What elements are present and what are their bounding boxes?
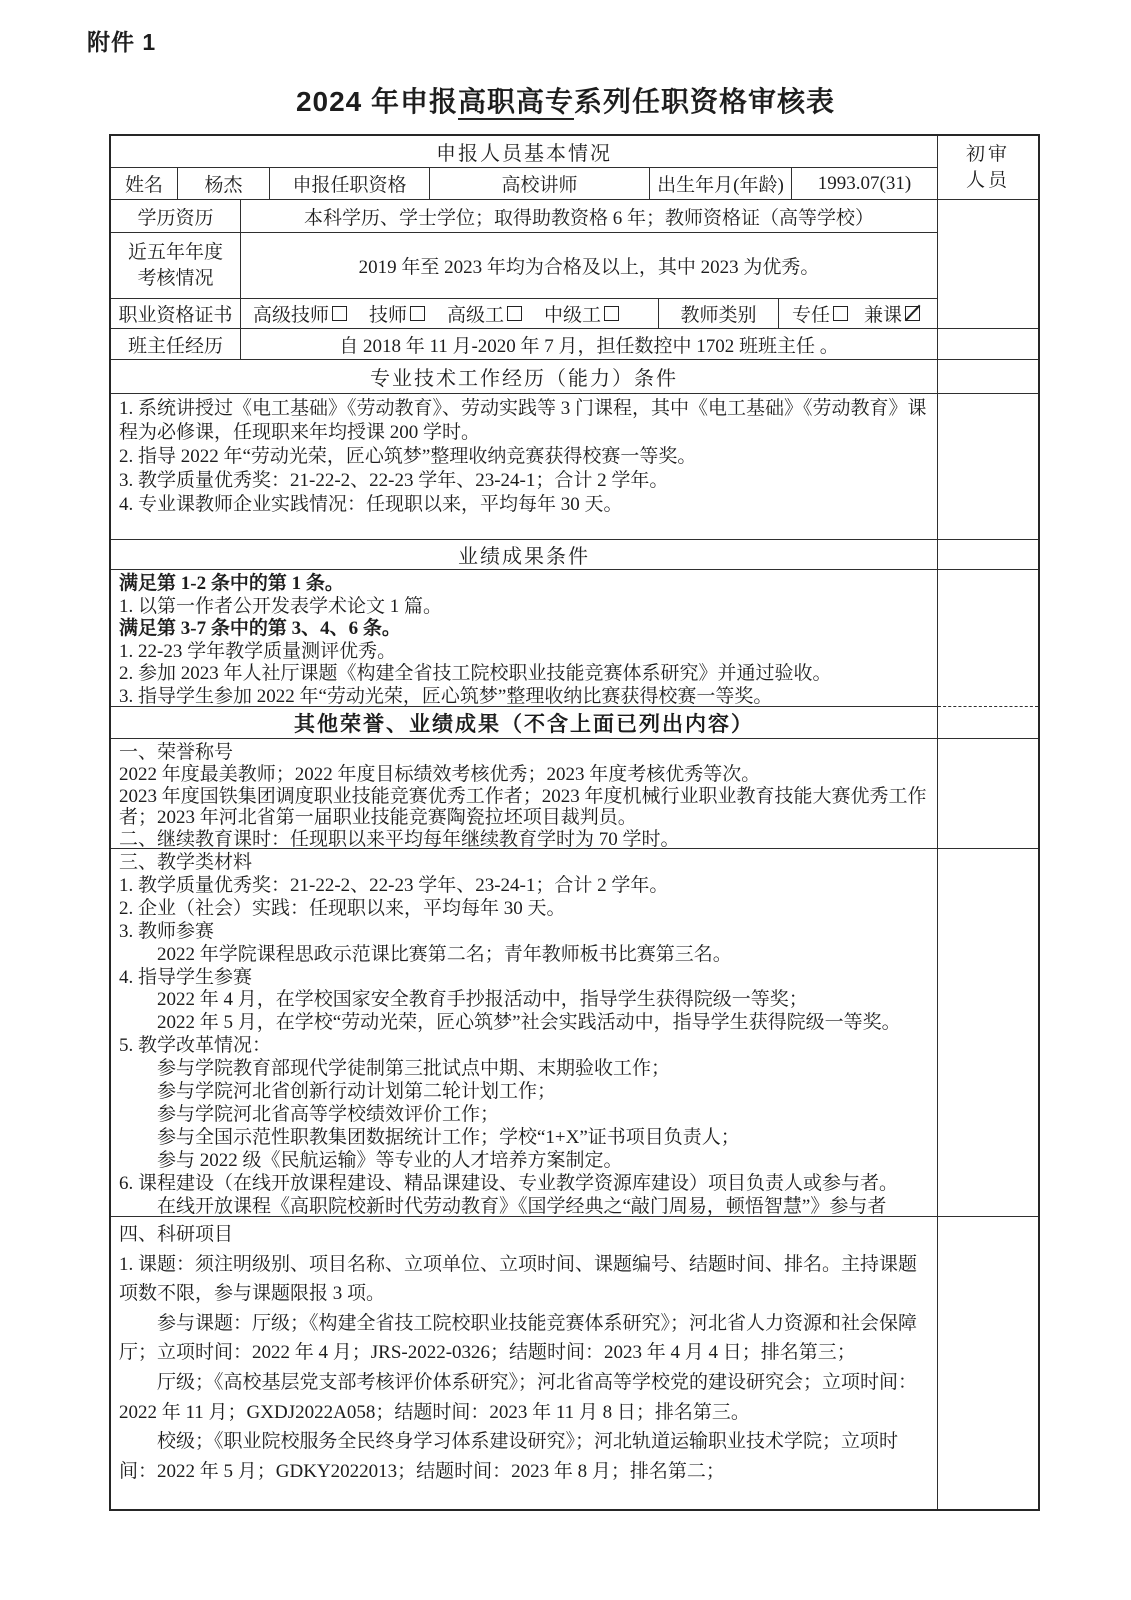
teacher-type-label: 教师类别 — [659, 299, 779, 328]
review-cell — [938, 1217, 1038, 1509]
headteacher-value: 自 2018 年 11 月-2020 年 7 月，担任数控中 1702 班班主任… — [241, 329, 937, 359]
basic-info-header-row: 申报人员基本情况 — [111, 136, 937, 168]
name-row: 姓名 杨杰 申报任职资格 高校讲师 出生年月(年龄) 1993.07(31) — [111, 168, 937, 200]
content-line: 参与学院教育部现代学徒制第三批试点中期、末期验收工作； — [119, 1058, 929, 1081]
certificate-option: 技师 — [369, 300, 425, 327]
content-line: 2023 年度国铁集团调度职业技能竞赛优秀工作者；2023 年度机械行业职业教育… — [119, 786, 929, 830]
content-line: 2. 参加 2023 年人社厅课题《构建全省技工院校职业技能竞赛体系研究》并通过… — [119, 663, 929, 686]
content-line: 1. 22-23 学年教学质量测评优秀。 — [119, 641, 929, 664]
content-line: 三、教学类材料 — [119, 852, 929, 875]
initial-review-header: 初审 人员 — [938, 136, 1038, 200]
certificate-option: 中级工 — [544, 300, 619, 327]
review-form-table: 申报人员基本情况 姓名 杨杰 申报任职资格 高校讲师 出生年月(年龄) 1993… — [109, 134, 1040, 1511]
content-line: 2. 指导 2022 年“劳动光荣，匠心筑梦”整理收纳竞赛获得校赛一等奖。 — [119, 445, 929, 469]
appraisal-label-line2: 考核情况 — [137, 266, 213, 292]
content-line: 1. 系统讲授过《电工基础》《劳动教育》、劳动实践等 3 门课程，其中《电工基础… — [119, 397, 929, 445]
initial-review-header-line1: 初审 — [966, 142, 1010, 168]
content-line: 4. 专业课教师企业实践情况：任现职以来，平均每年 30 天。 — [119, 493, 929, 517]
content-line: 校级；《职业院校服务全民终身学习体系建设研究》；河北轨道运输职业技术学院；立项时… — [119, 1427, 929, 1486]
content-line: 4. 指导学生参赛 — [119, 967, 929, 990]
content-line: 6. 课程建设（在线开放课程建设、精品课建设、专业教学资源库建设）项目负责人或参… — [119, 1173, 929, 1196]
content-line: 2. 企业（社会）实践：任现职以来，平均每年 30 天。 — [119, 898, 929, 921]
certificate-option-label: 技师 — [369, 300, 407, 327]
section3-header-row: 其他荣誉、业绩成果（不含上面已列出内容） — [111, 707, 937, 739]
certificate-label: 职业资格证书 — [111, 299, 241, 328]
teacher-type-option-label: 兼课 — [864, 300, 902, 327]
section3-block1-row: 一、荣誉称号 2022 年度最美教师；2022 年度目标绩效考核优秀；2023 … — [111, 739, 937, 849]
teacher-type-option: 兼课 — [864, 300, 920, 327]
review-cell — [938, 570, 1038, 707]
appraisal-label: 近五年年度 考核情况 — [111, 233, 241, 298]
checkbox-icon — [410, 306, 425, 321]
teacher-type-option: 专任 — [792, 300, 848, 327]
content-line: 5. 教学改革情况： — [119, 1035, 929, 1058]
content-line: 二、继续教育课时：任现职以来平均每年继续教育学时为 70 学时。 — [119, 829, 929, 848]
certificate-option: 高级工 — [447, 300, 522, 327]
content-line: 3. 指导学生参加 2022 年“劳动光荣，匠心筑梦”整理收纳比赛获得校赛一等奖… — [119, 686, 929, 706]
certificate-option: 高级技师 — [253, 300, 347, 327]
content-line: 2022 年 4 月，在学校国家安全教育手抄报活动中，指导学生获得院级一等奖； — [119, 989, 929, 1012]
scanned-form-page: 附件 1 2024 年申报高职高专系列任职资格审核表 申报人员基本情况 姓名 杨… — [0, 0, 1131, 1600]
content-line: 一、荣誉称号 — [119, 742, 929, 764]
content-line: 满足第 3-7 条中的第 3、4、6 条。 — [119, 618, 929, 641]
section3-title: 其他荣誉、业绩成果（不含上面已列出内容） — [111, 707, 937, 738]
review-cell — [938, 707, 1038, 739]
content-line: 在线开放课程《高职院校新时代劳动教育》《国学经典之“敲门周易，顿悟智慧”》参与者 — [119, 1196, 929, 1216]
content-line: 1. 以第一作者公开发表学术论文 1 篇。 — [119, 596, 929, 619]
page-title-underlined: 高职高专 — [458, 86, 574, 120]
checkbox-icon — [905, 306, 920, 321]
education-value: 本科学历、学士学位；取得助教资格 6 年；教师资格证（高等学校） — [241, 200, 937, 232]
post-label: 申报任职资格 — [270, 168, 430, 199]
review-cell — [938, 360, 1038, 394]
section3-block2: 三、教学类材料 1. 教学质量优秀奖：21-22-2、22-23 学年、23-2… — [111, 849, 937, 1216]
headteacher-row: 班主任经历 自 2018 年 11 月-2020 年 7 月，担任数控中 170… — [111, 329, 937, 360]
appraisal-value: 2019 年至 2023 年均为合格及以上，其中 2023 为优秀。 — [241, 233, 937, 298]
page-title-suffix: 系列任职资格审核表 — [574, 86, 835, 117]
birth-label: 出生年月(年龄) — [650, 168, 792, 199]
certificate-option-label: 高级技师 — [253, 300, 329, 327]
content-line: 参与学院河北省创新行动计划第二轮计划工作； — [119, 1081, 929, 1104]
content-line: 满足第 1-2 条中的第 1 条。 — [119, 573, 929, 596]
page-title: 2024 年申报高职高专系列任职资格审核表 — [0, 80, 1131, 120]
certificate-option-label: 高级工 — [447, 300, 504, 327]
page-title-prefix: 2024 年申报 — [296, 86, 458, 117]
teacher-type-options: 专任 兼课 — [779, 299, 937, 328]
content-line: 2022 年 5 月，在学校“劳动光荣，匠心筑梦”社会实践活动中，指导学生获得院… — [119, 1012, 929, 1035]
initial-review-column: 初审 人员 — [938, 136, 1038, 1509]
section3-block3-row: 四、科研项目 1. 课题：须注明级别、项目名称、立项单位、立项时间、课题编号、结… — [111, 1217, 937, 1509]
section2-title: 业绩成果条件 — [111, 540, 937, 569]
content-line: 参与 2022 级《民航运输》等专业的人才培养方案制定。 — [119, 1150, 929, 1173]
section3-block2-row: 三、教学类材料 1. 教学质量优秀奖：21-22-2、22-23 学年、23-2… — [111, 849, 937, 1217]
content-line: 2022 年度最美教师；2022 年度目标绩效考核优秀；2023 年度考核优秀等… — [119, 764, 929, 786]
review-cell — [938, 739, 1038, 849]
section3-block3: 四、科研项目 1. 课题：须注明级别、项目名称、立项单位、立项时间、课题编号、结… — [111, 1217, 937, 1509]
post-value: 高校讲师 — [430, 168, 650, 199]
section1-title: 专业技术工作经历（能力）条件 — [111, 360, 937, 393]
review-cell — [938, 849, 1038, 1217]
review-cell — [938, 540, 1038, 570]
certificate-option-label: 中级工 — [544, 300, 601, 327]
content-line: 1. 课题：须注明级别、项目名称、立项单位、立项时间、课题编号、结题时间、排名。… — [119, 1250, 929, 1309]
checkbox-icon — [332, 306, 347, 321]
content-line: 厅级；《高校基层党支部考核评价体系研究》；河北省高等学校党的建设研究会；立项时间… — [119, 1368, 929, 1427]
content-line: 四、科研项目 — [119, 1220, 929, 1250]
appraisal-label-line1: 近五年年度 — [128, 240, 223, 266]
section1-content: 1. 系统讲授过《电工基础》《劳动教育》、劳动实践等 3 门课程，其中《电工基础… — [111, 394, 937, 539]
birth-value: 1993.07(31) — [792, 168, 937, 199]
section1-header-row: 专业技术工作经历（能力）条件 — [111, 360, 937, 394]
checkbox-icon — [604, 306, 619, 321]
review-cell — [938, 200, 1038, 329]
appraisal-row: 近五年年度 考核情况 2019 年至 2023 年均为合格及以上，其中 2023… — [111, 233, 937, 299]
education-label: 学历资历 — [111, 200, 241, 232]
education-row: 学历资历 本科学历、学士学位；取得助教资格 6 年；教师资格证（高等学校） — [111, 200, 937, 233]
certificate-options: 高级技师 技师 高级工 中级工 — [241, 299, 659, 328]
content-line: 2022 年学院课程思政示范课比赛第二名；青年教师板书比赛第三名。 — [119, 944, 929, 967]
section2-content-row: 满足第 1-2 条中的第 1 条。 1. 以第一作者公开发表学术论文 1 篇。 … — [111, 570, 937, 707]
form-main-column: 申报人员基本情况 姓名 杨杰 申报任职资格 高校讲师 出生年月(年龄) 1993… — [111, 136, 938, 1509]
content-line: 3. 教师参赛 — [119, 921, 929, 944]
basic-info-section-title: 申报人员基本情况 — [111, 136, 937, 167]
name-value: 杨杰 — [178, 168, 270, 199]
content-line: 参与全国示范性职教集团数据统计工作；学校“1+X”证书项目负责人； — [119, 1127, 929, 1150]
content-line: 3. 教学质量优秀奖：21-22-2、22-23 学年、23-24-1；合计 2… — [119, 469, 929, 493]
section1-content-row: 1. 系统讲授过《电工基础》《劳动教育》、劳动实践等 3 门课程，其中《电工基础… — [111, 394, 937, 540]
certificate-row: 职业资格证书 高级技师 技师 高级工 中级工 教师类别 专任 — [111, 299, 937, 329]
name-label: 姓名 — [111, 168, 178, 199]
initial-review-header-line2: 人员 — [966, 168, 1010, 194]
section3-block1: 一、荣誉称号 2022 年度最美教师；2022 年度目标绩效考核优秀；2023 … — [111, 739, 937, 848]
checkbox-icon — [833, 306, 848, 321]
teacher-type-option-label: 专任 — [792, 300, 830, 327]
section2-content: 满足第 1-2 条中的第 1 条。 1. 以第一作者公开发表学术论文 1 篇。 … — [111, 570, 937, 706]
section2-header-row: 业绩成果条件 — [111, 540, 937, 570]
checkbox-icon — [507, 306, 522, 321]
content-line: 参与课题：厅级；《构建全省技工院校职业技能竞赛体系研究》；河北省人力资源和社会保… — [119, 1309, 929, 1368]
review-cell — [938, 329, 1038, 360]
content-line: 1. 教学质量优秀奖：21-22-2、22-23 学年、23-24-1；合计 2… — [119, 875, 929, 898]
headteacher-label: 班主任经历 — [111, 329, 241, 359]
review-cell — [938, 394, 1038, 540]
content-line: 参与学院河北省高等学校绩效评价工作； — [119, 1104, 929, 1127]
attachment-label: 附件 1 — [87, 24, 156, 57]
